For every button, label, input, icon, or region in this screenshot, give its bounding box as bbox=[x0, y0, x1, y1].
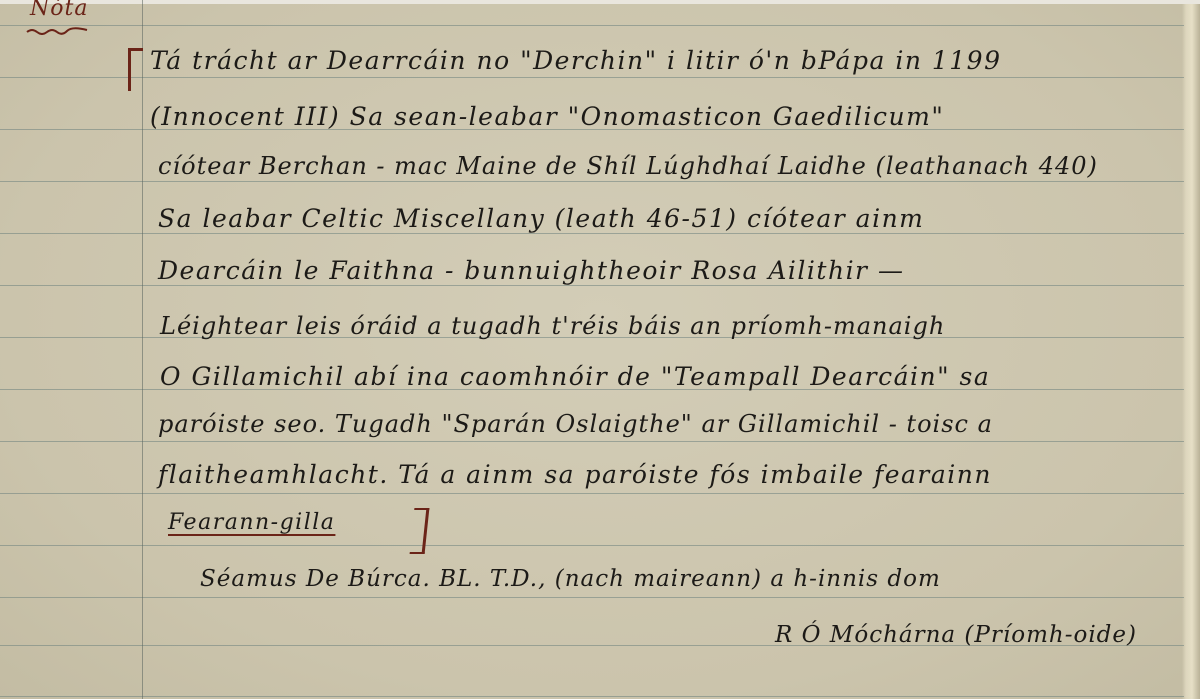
note-line-8: paróiste seo. Tugadh "Sparán Oslaigthe" … bbox=[158, 410, 993, 438]
note-line-1: Tá trácht ar Dearrcáin no "Derchin" i li… bbox=[150, 46, 1002, 75]
note-line-4: Sa leabar Celtic Miscellany (leath 46-51… bbox=[158, 204, 924, 233]
ruled-line bbox=[0, 441, 1184, 442]
source-attribution: Séamus De Búrca. BL. T.D., (nach mairean… bbox=[200, 566, 941, 592]
margin-line bbox=[142, 0, 143, 699]
ruled-line bbox=[0, 77, 1184, 78]
ruled-line bbox=[0, 696, 1184, 697]
ruled-line bbox=[0, 285, 1184, 286]
note-line-2: (Innocent III) Sa sean-leabar "Onomastic… bbox=[150, 102, 944, 131]
scan-edge bbox=[0, 0, 1200, 4]
note-heading: Nóta bbox=[30, 0, 88, 21]
ruled-line bbox=[0, 25, 1184, 26]
note-line-3: cíótear Berchan - mac Maine de Shíl Lúgh… bbox=[158, 152, 1098, 180]
heading-underline-squiggle bbox=[26, 27, 88, 35]
ruled-line bbox=[0, 233, 1184, 234]
ruled-line bbox=[0, 493, 1184, 494]
note-line-7: O Gillamichil abí ina caomhnóir de "Team… bbox=[160, 362, 990, 391]
note-line-5: Dearcáin le Faithna - bunnuightheoir Ros… bbox=[158, 256, 904, 285]
ruled-line bbox=[0, 181, 1184, 182]
note-line-9: flaitheamhlacht. Tá a ainm sa paróiste f… bbox=[158, 460, 992, 489]
notebook-page: Nóta Tá trácht ar Dearrcáin no "Derchin"… bbox=[0, 0, 1200, 699]
closing-bracket bbox=[410, 508, 430, 554]
note-line-2-text: (Innocent III) Sa sean-leabar "Onomastic… bbox=[150, 102, 944, 131]
note-line-6: Léightear leis óráid a tugadh t'réis bái… bbox=[160, 312, 945, 340]
signature: R Ó Móchárna (Príomh-oide) bbox=[775, 622, 1137, 648]
note-line-10-townland: Fearann-gilla bbox=[168, 510, 335, 535]
ruled-line bbox=[0, 597, 1184, 598]
ruled-line bbox=[0, 545, 1184, 546]
opening-bracket bbox=[128, 48, 143, 91]
